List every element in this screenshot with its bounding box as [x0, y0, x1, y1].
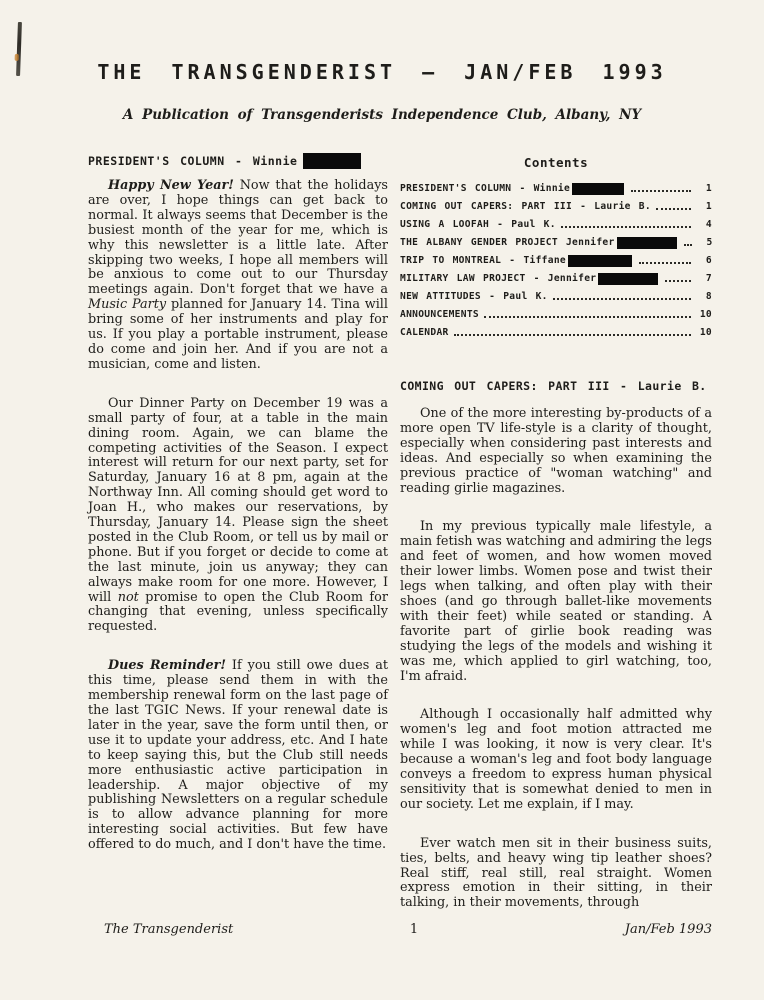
dotted-leader: [665, 272, 691, 282]
toc-entry-label: USING A LOOFAH - Paul K.: [400, 219, 556, 230]
newsletter-title: THE TRANSGENDERIST — JAN/FEB 1993: [0, 60, 764, 84]
paragraph-text: Our Dinner Party on December 19 was a sm…: [88, 396, 388, 605]
paragraph-dues-reminder: Dues Reminder! If you still owe dues at …: [88, 659, 388, 853]
toc-entry-page: 7: [696, 273, 712, 284]
paragraph-text: Now that the holidays are over, I hope t…: [88, 178, 388, 297]
table-of-contents: PRESIDENT'S COLUMN - Winnie 1 COMING OUT…: [400, 182, 712, 339]
toc-entry-page: 10: [696, 309, 712, 320]
toc-entry-label: NEW ATTITUDES - Paul K.: [400, 291, 548, 302]
left-column: PRESIDENT'S COLUMN - Winnie Happy New Ye…: [88, 153, 388, 928]
dotted-leader: [684, 236, 692, 246]
paragraph-by-products: One of the more interesting by-products …: [400, 407, 712, 496]
two-column-layout: PRESIDENT'S COLUMN - Winnie Happy New Ye…: [88, 153, 712, 928]
page-header: THE TRANSGENDERIST — JAN/FEB 1993 A Publ…: [0, 0, 764, 123]
dotted-leader: [454, 326, 691, 336]
toc-entry-label: ANNOUNCEMENTS: [400, 309, 479, 320]
paragraph-dinner-party: Our Dinner Party on December 19 was a sm…: [88, 397, 388, 636]
dotted-leader: [631, 182, 691, 192]
toc-entry-label: PRESIDENT'S COLUMN - Winnie: [400, 183, 570, 194]
redacted-name: [568, 255, 632, 267]
toc-entry: CALENDAR 10: [400, 326, 712, 339]
toc-entry: USING A LOOFAH - Paul K. 4: [400, 218, 712, 231]
dotted-leader: [639, 254, 691, 264]
not-emphasis: not: [118, 590, 139, 605]
newsletter-page: THE TRANSGENDERIST — JAN/FEB 1993 A Publ…: [0, 0, 764, 1000]
toc-entry: ANNOUNCEMENTS 10: [400, 308, 712, 321]
redacted-surname: [303, 153, 361, 169]
toc-entry-page: 8: [696, 291, 712, 302]
toc-entry-page: 1: [696, 201, 712, 212]
contents-heading: Contents: [400, 155, 712, 170]
toc-entry-page: 10: [696, 327, 712, 338]
toc-entry: COMING OUT CAPERS: PART III - Laurie B. …: [400, 200, 712, 213]
toc-entry-page: 5: [697, 237, 713, 248]
toc-entry: MILITARY LAW PROJECT - Jennifer 7: [400, 272, 712, 285]
paragraph-half-admitted: Although I occasionally half admitted wh…: [400, 708, 712, 812]
dotted-leader: [484, 308, 691, 318]
dotted-leader: [561, 218, 691, 228]
toc-entry-label: CALENDAR: [400, 327, 449, 338]
footer-issue-date: Jan/Feb 1993: [625, 922, 712, 937]
toc-entry: TRIP TO MONTREAL - Tiffane 6: [400, 254, 712, 267]
presidents-column-heading: PRESIDENT'S COLUMN - Winnie: [88, 153, 388, 169]
page-footer: The Transgenderist 1 Jan/Feb 1993: [0, 922, 764, 937]
presidents-column-heading-text: PRESIDENT'S COLUMN - Winnie: [88, 154, 297, 168]
right-column: Contents PRESIDENT'S COLUMN - Winnie 1 C…: [400, 153, 712, 928]
toc-entry-page: 6: [696, 255, 712, 266]
music-party-emphasis: Music Party: [88, 297, 166, 312]
toc-entry-page: 1: [696, 183, 712, 194]
coming-out-capers-heading: COMING OUT CAPERS: PART III - Laurie B.: [400, 379, 712, 393]
paragraph-text: If you still owe dues at this time, plea…: [88, 658, 388, 852]
paragraph-happy-new-year: Happy New Year! Now that the holidays ar…: [88, 179, 388, 373]
toc-entry: THE ALBANY GENDER PROJECT Jennifer 5: [400, 236, 712, 249]
footer-page-number: 1: [233, 922, 625, 937]
dotted-leader: [656, 200, 691, 210]
toc-entry-label: MILITARY LAW PROJECT - Jennifer: [400, 273, 596, 284]
toc-entry-label: TRIP TO MONTREAL - Tiffane: [400, 255, 566, 266]
footer-newsletter-name: The Transgenderist: [104, 922, 233, 937]
toc-entry-page: 4: [696, 219, 712, 230]
newsletter-subtitle: A Publication of Transgenderists Indepen…: [0, 107, 764, 123]
toc-entry-label: THE ALBANY GENDER PROJECT Jennifer: [400, 237, 615, 248]
paragraph-lead: Dues Reminder!: [108, 658, 226, 673]
dotted-leader: [553, 290, 691, 300]
paragraph-lead: Happy New Year!: [108, 178, 234, 193]
redacted-name: [617, 237, 677, 249]
paragraph-ever-watch-men: Ever watch men sit in their business sui…: [400, 837, 712, 912]
paragraph-previous-lifestyle: In my previous typically male lifestyle,…: [400, 520, 712, 684]
redacted-name: [598, 273, 658, 285]
toc-entry-label: COMING OUT CAPERS: PART III - Laurie B.: [400, 201, 651, 212]
toc-entry: PRESIDENT'S COLUMN - Winnie 1: [400, 182, 712, 195]
redacted-name: [572, 183, 624, 195]
toc-entry: NEW ATTITUDES - Paul K. 8: [400, 290, 712, 303]
